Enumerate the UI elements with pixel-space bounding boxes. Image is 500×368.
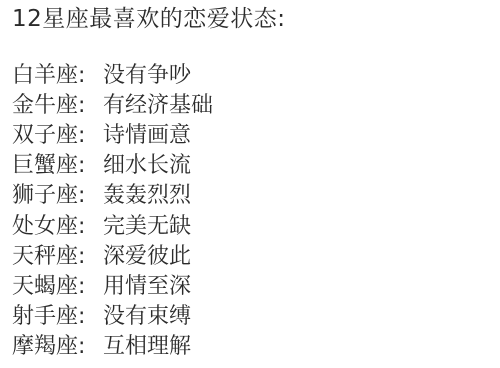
zodiac-sign: 狮子座: <box>12 178 103 209</box>
love-state: 诗情画意 <box>103 118 191 149</box>
list-item: 天秤座: 深爱彼此 <box>12 239 213 269</box>
zodiac-sign: 金牛座: <box>12 88 103 119</box>
list-item: 摩羯座: 互相理解 <box>12 330 213 360</box>
zodiac-sign: 天秤座: <box>12 239 103 270</box>
list-item: 射手座: 没有束缚 <box>12 300 213 330</box>
list-item: 狮子座: 轰轰烈烈 <box>12 179 213 209</box>
zodiac-sign: 摩羯座: <box>12 329 103 360</box>
love-state: 互相理解 <box>103 329 191 360</box>
list-item: 双子座: 诗情画意 <box>12 118 213 148</box>
zodiac-list: 白羊座: 没有争吵 金牛座: 有经济基础 双子座: 诗情画意 巨蟹座: 细水长流… <box>12 58 213 360</box>
zodiac-sign: 处女座: <box>12 209 103 240</box>
list-item: 巨蟹座: 细水长流 <box>12 149 213 179</box>
zodiac-sign: 天蝎座: <box>12 269 103 300</box>
list-item: 白羊座: 没有争吵 <box>12 58 213 88</box>
love-state: 有经济基础 <box>103 88 213 119</box>
list-item: 金牛座: 有经济基础 <box>12 88 213 118</box>
zodiac-sign: 射手座: <box>12 299 103 330</box>
page-title: 12星座最喜欢的恋爱状态: <box>12 4 286 34</box>
list-item: 天蝎座: 用情至深 <box>12 269 213 299</box>
love-state: 完美无缺 <box>103 209 191 240</box>
love-state: 没有争吵 <box>103 58 191 89</box>
list-item: 处女座: 完美无缺 <box>12 209 213 239</box>
zodiac-sign: 巨蟹座: <box>12 148 103 179</box>
zodiac-sign: 双子座: <box>12 118 103 149</box>
love-state: 没有束缚 <box>103 299 191 330</box>
love-state: 用情至深 <box>103 269 191 300</box>
love-state: 轰轰烈烈 <box>103 178 191 209</box>
love-state: 细水长流 <box>103 148 191 179</box>
love-state: 深爱彼此 <box>103 239 191 270</box>
zodiac-sign: 白羊座: <box>12 58 103 89</box>
